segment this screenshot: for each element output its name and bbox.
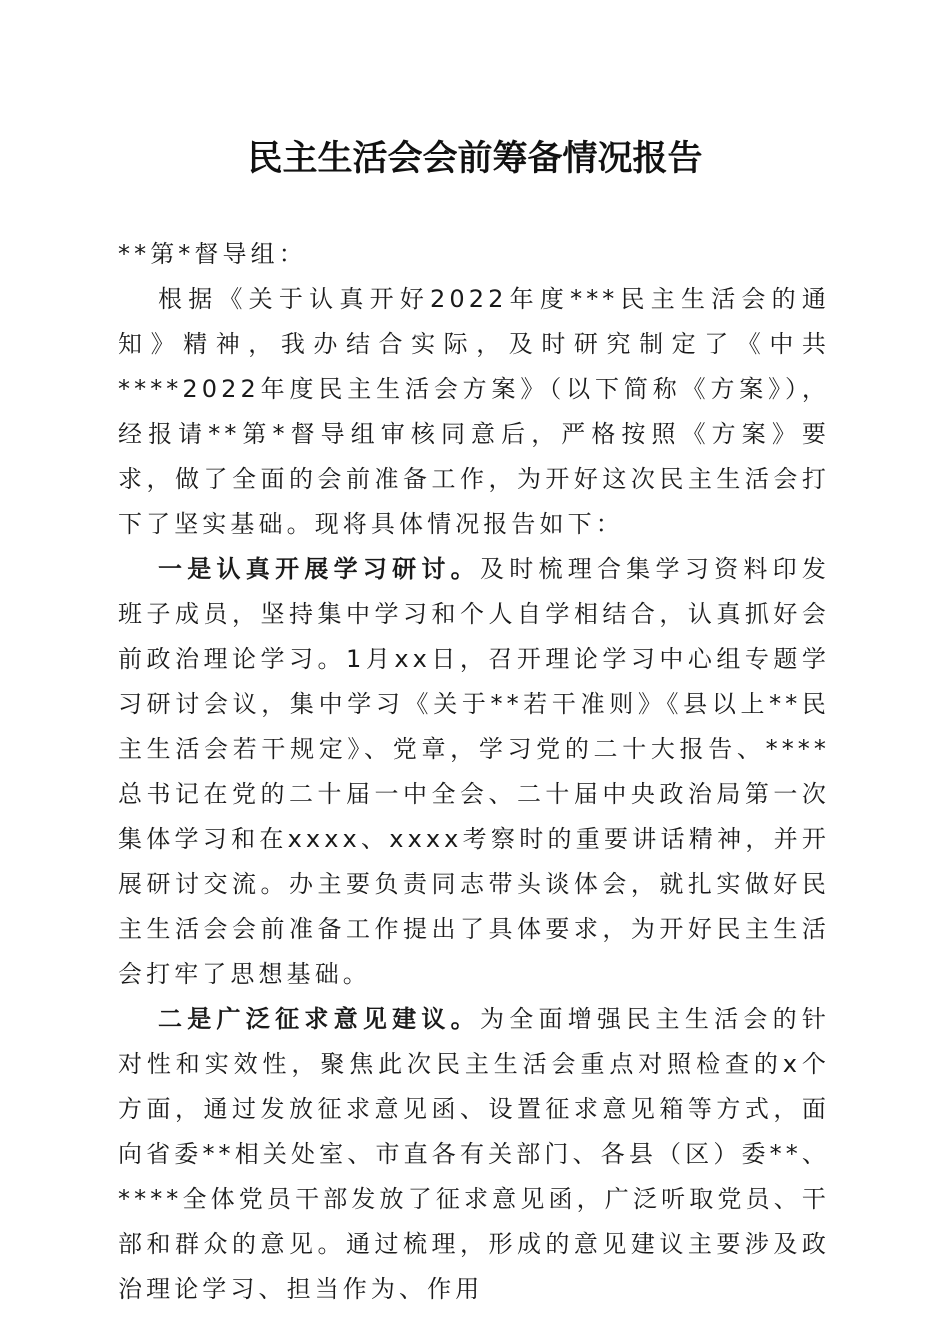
document-title: 民主生活会会前筹备情况报告 [0,134,950,184]
paragraph-lead: 二是广泛征求意见建议。 [158,1005,480,1033]
salutation: **第*督导组： [118,232,830,277]
paragraph-intro: 根据《关于认真开好2022年度***民主生活会的通知》精神，我办结合实际，及时研… [118,277,830,547]
paragraph-study: 一是认真开展学习研讨。及时梳理合集学习资料印发班子成员，坚持集中学习和个人自学相… [118,547,830,997]
paragraph-text: 为全面增强民主生活会的针对性和实效性，聚焦此次民主生活会重点对照检查的x个方面，… [118,1005,830,1303]
paragraph-text: 根据《关于认真开好2022年度***民主生活会的通知》精神，我办结合实际，及时研… [118,285,830,538]
paragraph-text: 及时梳理合集学习资料印发班子成员，坚持集中学习和个人自学相结合，认真抓好会前政治… [118,555,830,988]
document-page: 民主生活会会前筹备情况报告 **第*督导组： 根据《关于认真开好2022年度**… [0,0,950,1344]
document-body: **第*督导组： 根据《关于认真开好2022年度***民主生活会的通知》精神，我… [118,232,830,1312]
paragraph-lead: 一是认真开展学习研讨。 [158,555,480,583]
paragraph-opinions: 二是广泛征求意见建议。为全面增强民主生活会的针对性和实效性，聚焦此次民主生活会重… [118,997,830,1312]
